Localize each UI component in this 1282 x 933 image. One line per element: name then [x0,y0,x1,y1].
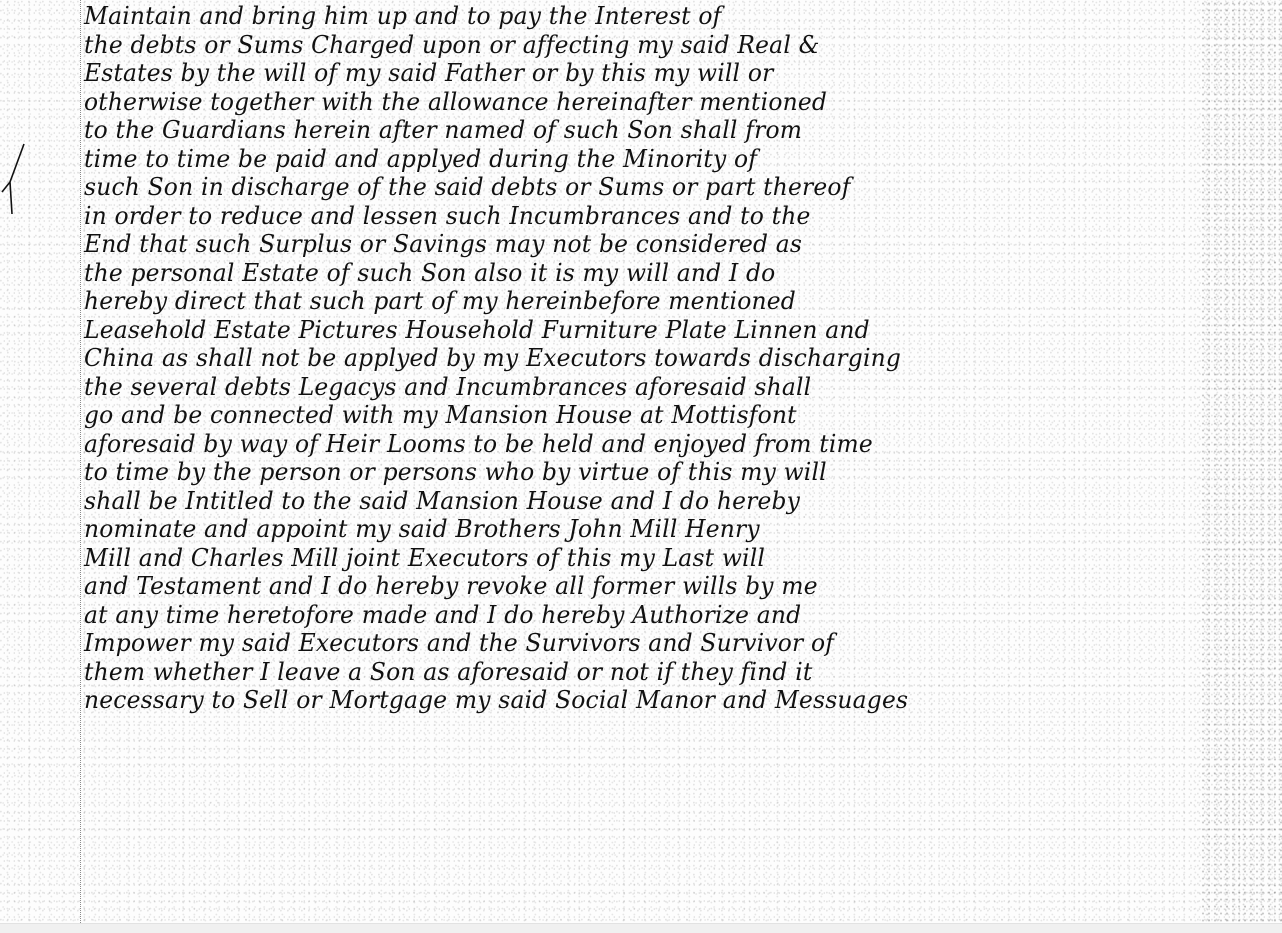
text-line: the personal Estate of such Son also it … [84,259,1194,288]
text-line: such Son in discharge of the said debts … [84,173,1194,202]
text-line: Leasehold Estate Pictures Household Furn… [84,316,1194,345]
text-line: and Testament and I do hereby revoke all… [84,572,1194,601]
text-line: shall be Intitled to the said Mansion Ho… [84,487,1194,516]
text-line: Maintain and bring him up and to pay the… [84,2,1194,31]
viewer-bottom-edge [0,923,1282,933]
text-line: them whether I leave a Son as aforesaid … [84,658,1194,687]
text-line: at any time heretofore made and I do her… [84,601,1194,630]
text-line: time to time be paid and applyed during … [84,145,1194,174]
text-line: otherwise together with the allowance he… [84,88,1194,117]
text-line: hereby direct that such part of my herei… [84,287,1194,316]
text-line: Impower my said Executors and the Surviv… [84,629,1194,658]
text-line: China as shall not be applyed by my Exec… [84,344,1194,373]
text-line: End that such Surplus or Savings may not… [84,230,1194,259]
text-line: Estates by the will of my said Father or… [84,59,1194,88]
text-line: in order to reduce and lessen such Incum… [84,202,1194,231]
text-line: necessary to Sell or Mortgage my said So… [84,686,1194,715]
text-line: to time by the person or persons who by … [84,458,1194,487]
text-line: aforesaid by way of Heir Looms to be hel… [84,430,1194,459]
text-line: to the Guardians herein after named of s… [84,116,1194,145]
text-line: Mill and Charles Mill joint Executors of… [84,544,1194,573]
text-line: the several debts Legacys and Incumbranc… [84,373,1194,402]
text-line: go and be connected with my Mansion Hous… [84,401,1194,430]
left-margin-rule [80,0,81,923]
manuscript-page: Maintain and bring him up and to pay the… [0,0,1282,923]
handwritten-text-block: Maintain and bring him up and to pay the… [84,2,1224,715]
text-line: nominate and appoint my said Brothers Jo… [84,515,1194,544]
text-line: the debts or Sums Charged upon or affect… [84,31,1194,60]
margin-bracket-icon [0,140,30,220]
